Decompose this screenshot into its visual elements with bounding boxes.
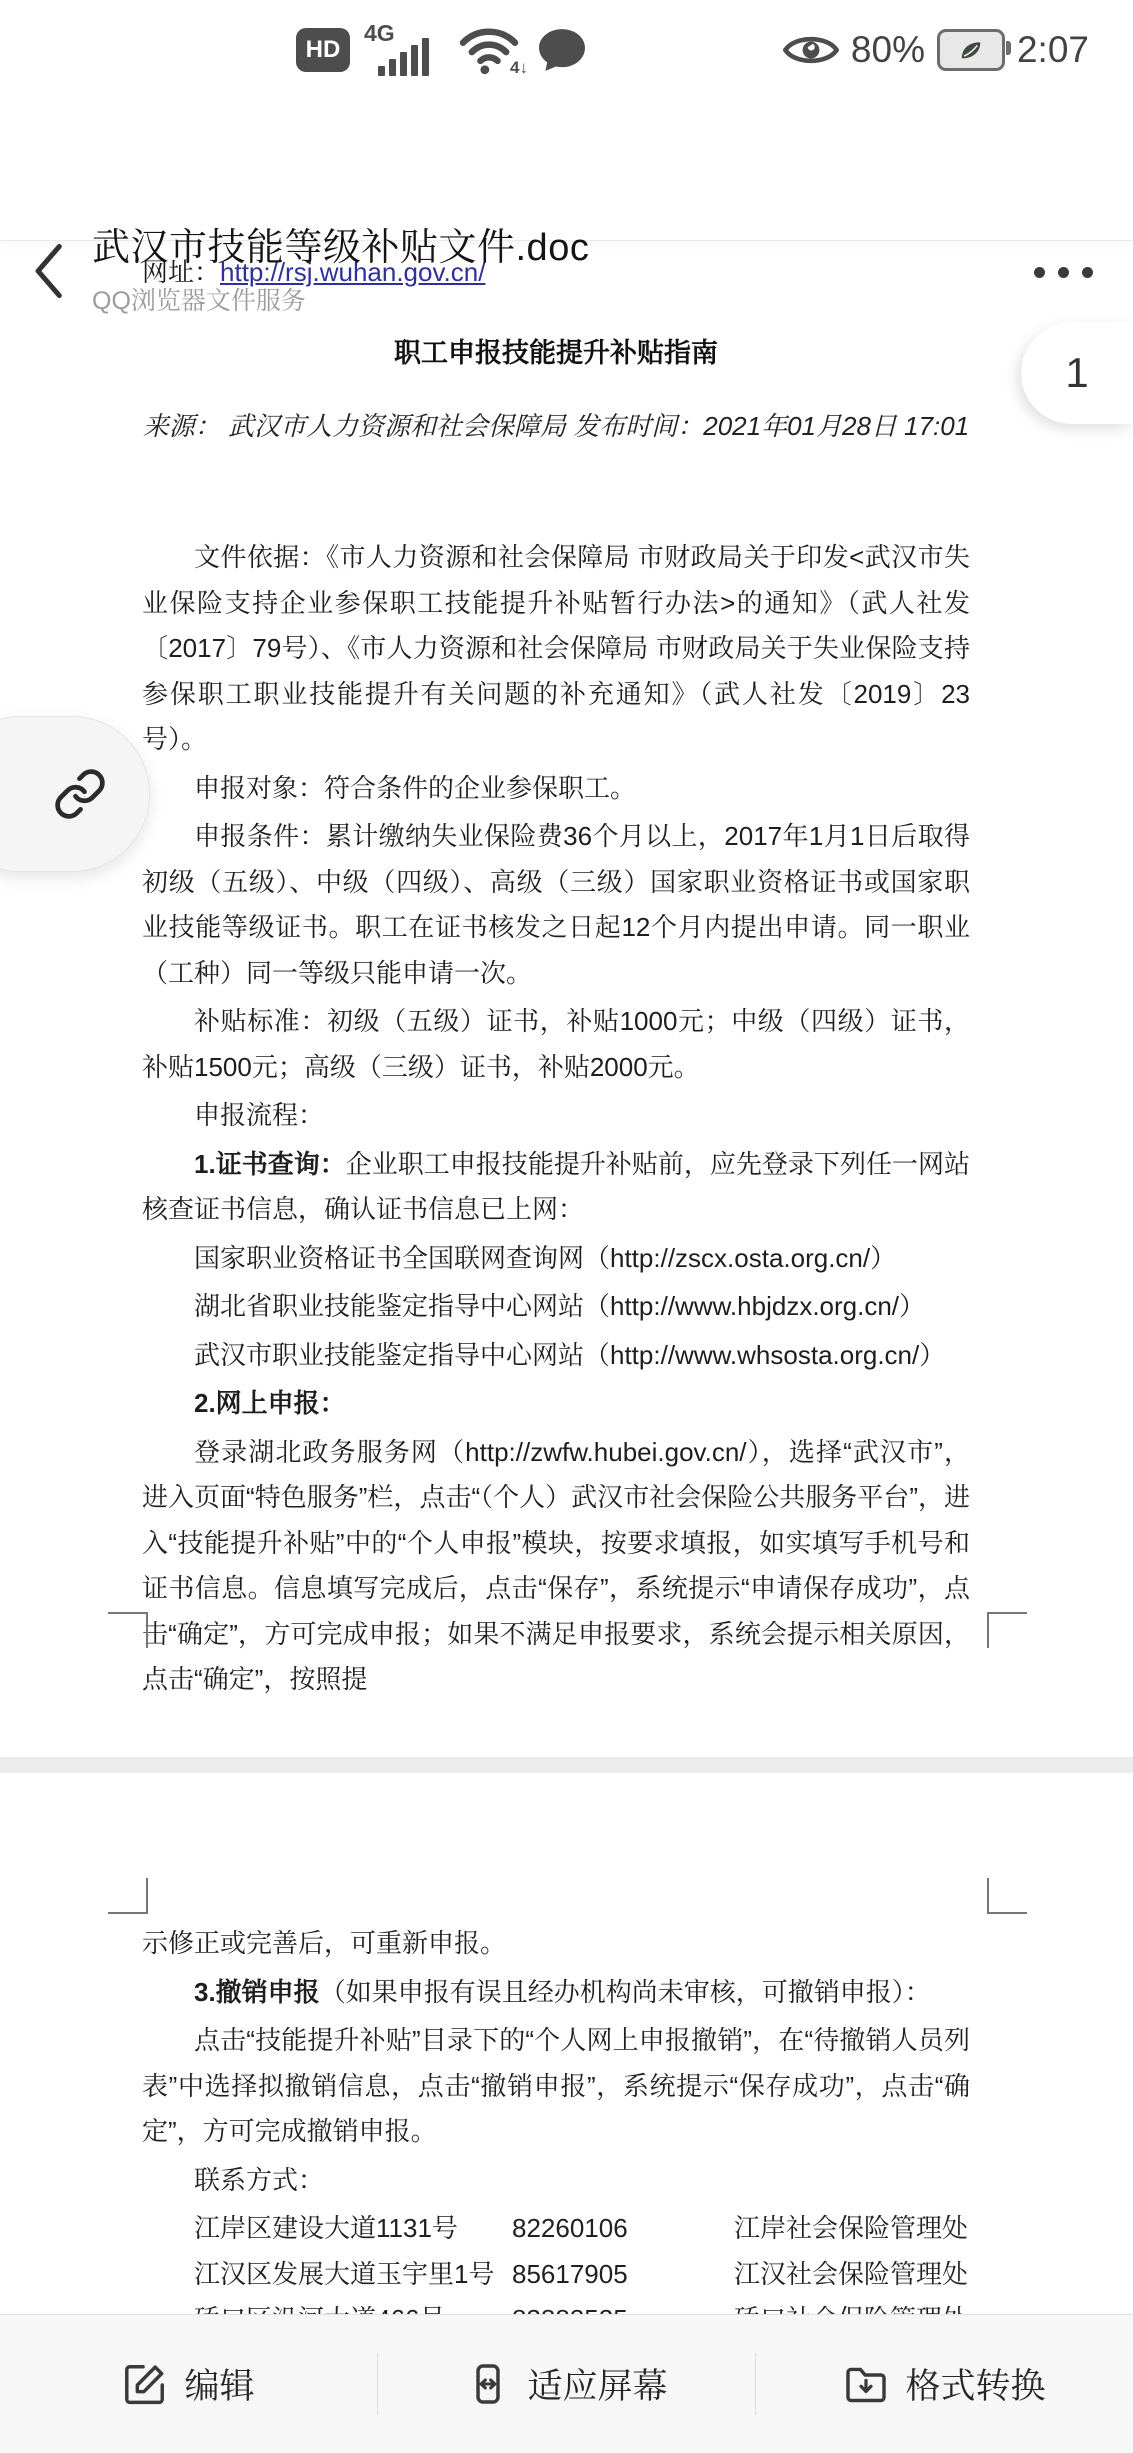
page-number: 1 bbox=[1065, 349, 1088, 397]
doc-paragraph: 申报对象：符合条件的企业参保职工。 bbox=[142, 766, 970, 812]
format-convert-button[interactable]: 格式转换 bbox=[756, 2315, 1133, 2453]
document-viewer: 网址：http://rsj.wuhan.gov.cn/ 职工申报技能提升补贴指南… bbox=[0, 240, 1133, 2453]
file-service-subtitle: QQ浏览器文件服务 bbox=[92, 281, 972, 317]
doc-paragraph: 3.撤销申报（如果申报有误且经办机构尚未审核，可撤销申报）： bbox=[142, 1970, 970, 2016]
edit-button[interactable]: 编辑 bbox=[0, 2315, 377, 2453]
bottom-toolbar: 编辑 适应屏幕 格式转换 bbox=[0, 2314, 1133, 2453]
doc-paragraph: 1.证书查询：企业职工申报技能提升补贴前，应先登录下列任一网站核查证书信息，确认… bbox=[142, 1142, 970, 1233]
doc-heading: 职工申报技能提升补贴指南 bbox=[142, 331, 970, 370]
wifi-sub-label: 4↓ bbox=[510, 58, 528, 78]
battery-percent: 80% bbox=[851, 29, 925, 71]
corner-mark-bottom-left bbox=[108, 1612, 148, 1648]
doc-paragraph: 国家职业资格证书全国联网查询网（http://zscx.osta.org.cn/… bbox=[142, 1236, 970, 1282]
chat-bubble-icon bbox=[536, 27, 588, 73]
wifi-icon: 4↓ bbox=[456, 24, 522, 76]
doc-paragraph: 联系方式： bbox=[142, 2158, 970, 2204]
back-button[interactable] bbox=[30, 240, 74, 302]
network-indicator: 4G bbox=[364, 24, 442, 76]
phone-screen: HD 4G 4↓ bbox=[0, 0, 1133, 2453]
doc-paragraph: 2.网上申报： bbox=[142, 1381, 970, 1427]
edit-icon bbox=[122, 2361, 168, 2407]
contact-row: 江汉区发展大道玉宇里1号 85617905 江汉社会保险管理处 bbox=[142, 2252, 970, 2298]
corner-mark-top-left bbox=[108, 1878, 148, 1914]
doc-paragraph: 示修正或完善后，可重新申报。 bbox=[142, 1921, 970, 1967]
doc-paragraph: 申报流程： bbox=[142, 1093, 970, 1139]
contact-phone: 82260106 bbox=[512, 2206, 734, 2252]
page-break-band bbox=[0, 1757, 1133, 1773]
contact-row: 江岸区建设大道1131号 82260106 江岸社会保险管理处 bbox=[142, 2206, 970, 2252]
hd-badge-icon: HD bbox=[296, 28, 350, 72]
clock: 2:07 bbox=[1017, 29, 1089, 71]
doc-paragraph: 申报条件：累计缴纳失业保险费36个月以上，2017年1月1日后取得初级（五级）、… bbox=[142, 814, 970, 996]
fit-screen-button[interactable]: 适应屏幕 bbox=[378, 2315, 755, 2453]
contact-address: 江岸区建设大道1131号 bbox=[194, 2206, 512, 2252]
contact-phone: 85617905 bbox=[512, 2252, 734, 2298]
battery-icon bbox=[937, 29, 1005, 71]
edit-label: 编辑 bbox=[184, 2359, 254, 2409]
contact-office: 江汉社会保险管理处 bbox=[734, 2252, 970, 2298]
link-extract-button[interactable] bbox=[0, 716, 150, 872]
back-chevron-icon bbox=[30, 242, 64, 300]
fit-screen-icon bbox=[465, 2361, 511, 2407]
app-header: 武汉市技能等级补贴文件.doc QQ浏览器文件服务 bbox=[0, 100, 1133, 240]
doc-body-page1: 文件依据：《市人力资源和社会保障局 市财政局关于印发<武汉市失业保险支持企业参保… bbox=[142, 535, 970, 1703]
doc-paragraph: 湖北省职业技能鉴定指导中心网站（http://www.hbjdzx.org.cn… bbox=[142, 1284, 970, 1330]
eye-protection-icon bbox=[783, 31, 839, 69]
corner-mark-top-right bbox=[987, 1878, 1027, 1914]
corner-mark-bottom-right bbox=[987, 1612, 1027, 1648]
format-convert-icon bbox=[843, 2361, 889, 2407]
doc-source-line: 来源： 武汉市人力资源和社会保障局 发布时间：2021年01月28日 17:01 bbox=[142, 406, 970, 443]
doc-paragraph: 登录湖北政务服务网（http://zwfw.hubei.gov.cn/），选择“… bbox=[142, 1430, 970, 1703]
status-right-cluster: 80% 2:07 bbox=[783, 22, 1089, 78]
link-icon bbox=[53, 767, 107, 821]
doc-paragraph: 点击“技能提升补贴”目录下的“个人网上申报撤销”，在“待撤销人员列表”中选择拟撤… bbox=[142, 2018, 970, 2155]
status-left-cluster: HD 4G 4↓ bbox=[296, 22, 588, 78]
page-indicator-tab[interactable]: 1 bbox=[1021, 322, 1133, 424]
signal-bars-icon bbox=[378, 38, 429, 76]
contact-office: 江岸社会保险管理处 bbox=[734, 2206, 970, 2252]
doc-page-1: 网址：http://rsj.wuhan.gov.cn/ 职工申报技能提升补贴指南… bbox=[0, 240, 1133, 1757]
status-bar: HD 4G 4↓ bbox=[0, 0, 1133, 101]
doc-paragraph: 文件依据：《市人力资源和社会保障局 市财政局关于印发<武汉市失业保险支持企业参保… bbox=[142, 535, 970, 763]
format-convert-label: 格式转换 bbox=[905, 2359, 1045, 2409]
contact-address: 江汉区发展大道玉宇里1号 bbox=[194, 2252, 512, 2298]
doc-paragraph: 补贴标准：初级（五级）证书，补贴1000元；中级（四级）证书，补贴1500元；高… bbox=[142, 999, 970, 1090]
file-title: 武汉市技能等级补贴文件.doc bbox=[92, 216, 972, 271]
doc-paragraph: 武汉市职业技能鉴定指导中心网站（http://www.whsosta.org.c… bbox=[142, 1333, 970, 1379]
fit-screen-label: 适应屏幕 bbox=[527, 2359, 667, 2409]
doc-body-page2: 示修正或完善后，可重新申报。 3.撤销申报（如果申报有误且经办机构尚未审核，可撤… bbox=[142, 1773, 970, 2343]
more-menu-button[interactable] bbox=[1034, 260, 1093, 284]
